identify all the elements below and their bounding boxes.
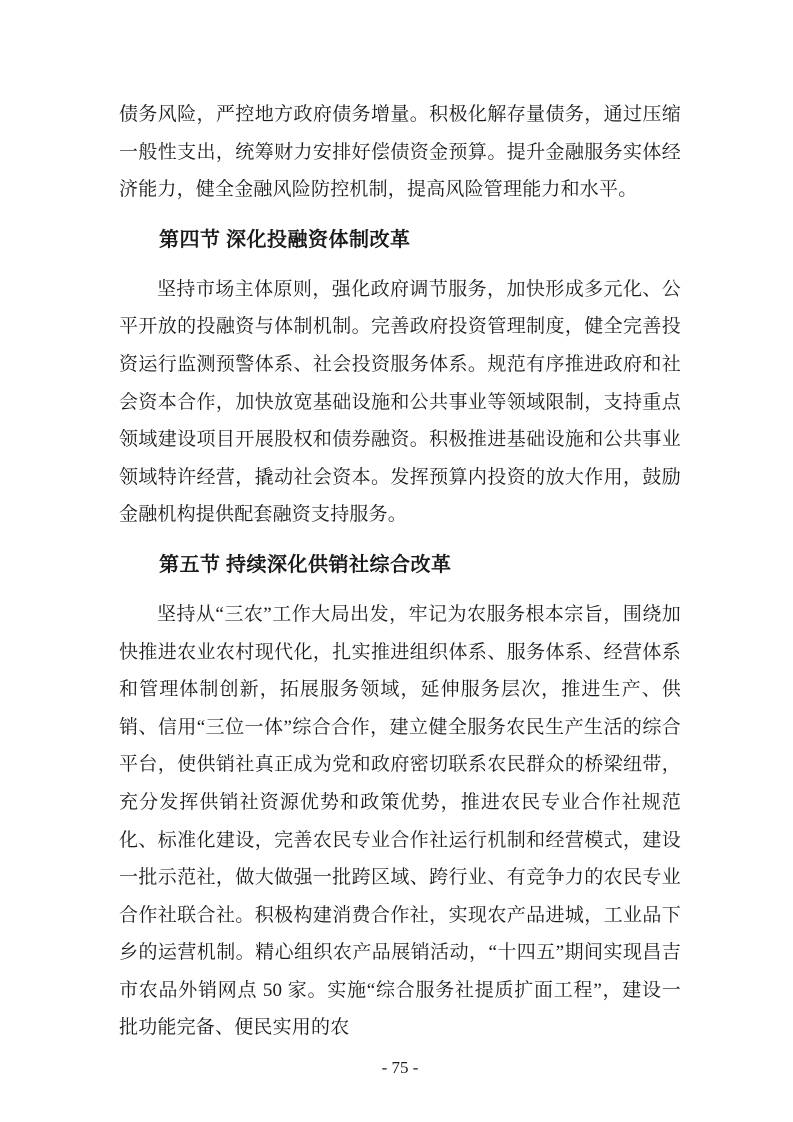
section-5-heading: 第五节 持续深化供销社综合改革: [119, 546, 681, 584]
section-4-heading: 第四节 深化投融资体制改革: [119, 221, 681, 259]
paragraph-section-5-body: 坚持从“三农”工作大局出发，牢记为农服务根本宗旨，围绕加快推进农业农村现代化，扎…: [119, 596, 681, 1047]
paragraph-section-4-body: 坚持市场主体原则，强化政府调节服务，加快形成多元化、公平开放的投融资与体制机制。…: [119, 271, 681, 534]
page-number: - 75 -: [119, 1057, 681, 1079]
document-page: 债务风险，严控地方政府债务增量。积极化解存量债务，通过压缩一般性支出，统筹财力安…: [0, 0, 793, 1122]
paragraph-debt-risk-continuation: 债务风险，严控地方政府债务增量。积极化解存量债务，通过压缩一般性支出，统筹财力安…: [119, 96, 681, 209]
page-content: 债务风险，严控地方政府债务增量。积极化解存量债务，通过压缩一般性支出，统筹财力安…: [119, 96, 681, 1079]
